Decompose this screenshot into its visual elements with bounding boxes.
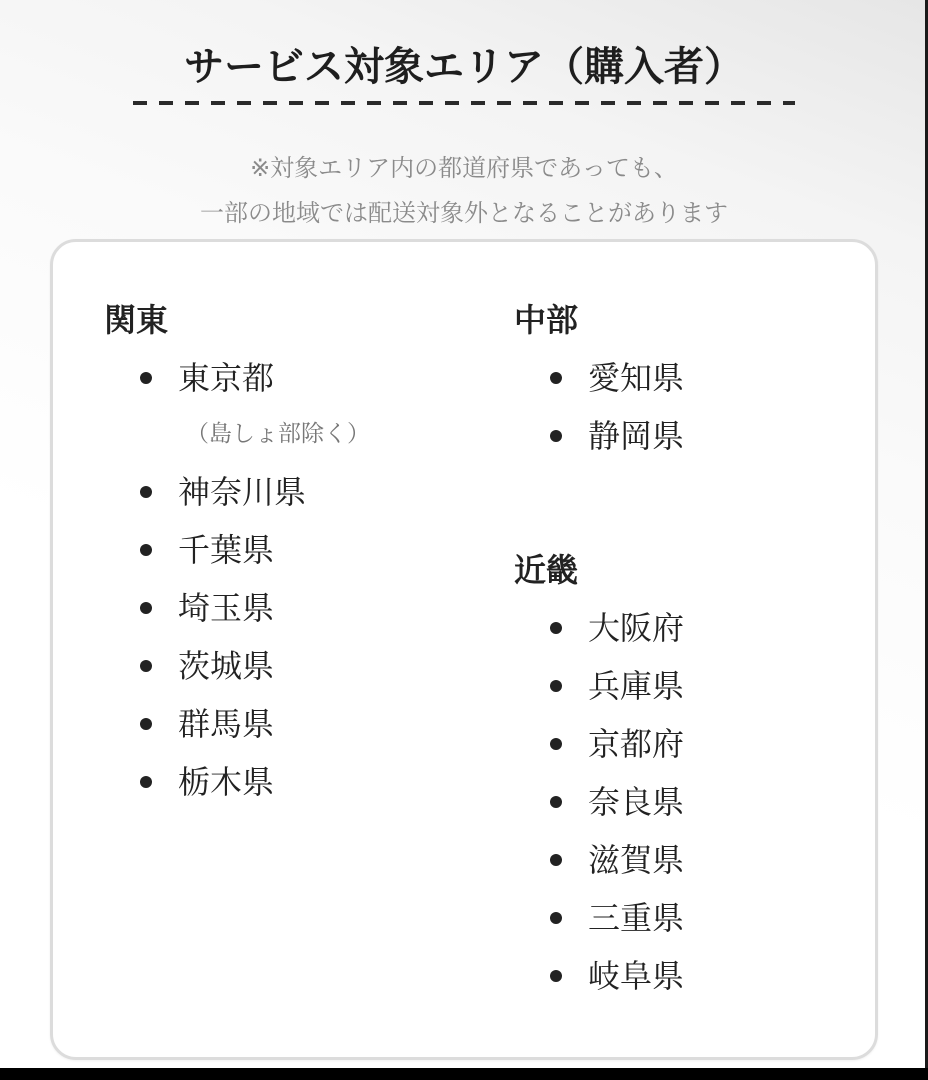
- region-heading-kanto: 関東: [104, 300, 370, 340]
- prefecture-name: 愛知県: [588, 359, 684, 397]
- prefecture-name: 滋賀県: [588, 841, 684, 879]
- page: サービス対象エリア（購入者） ※対象エリア内の都道府県であっても、 一部の地域で…: [0, 0, 925, 1068]
- list-item: 埼玉県: [104, 579, 370, 637]
- prefecture-note: （島しょ部除く）: [104, 405, 370, 463]
- prefecture-name: 栃木県: [178, 763, 274, 801]
- prefecture-name: 岐阜県: [588, 957, 684, 995]
- notice-text: ※対象エリア内の都道府県であっても、 一部の地域では配送対象外となることがありま…: [0, 146, 925, 236]
- bullet-icon: [140, 718, 152, 730]
- bullet-icon: [550, 854, 562, 866]
- bullet-icon: [550, 796, 562, 808]
- prefecture-name: 三重県: [588, 899, 684, 937]
- region-kinki: 近畿 大阪府 兵庫県 京都府 奈良県: [514, 550, 684, 1005]
- bullet-icon: [550, 680, 562, 692]
- bullet-icon: [140, 372, 152, 384]
- bullet-icon: [140, 544, 152, 556]
- notice-line-1: ※対象エリア内の都道府県であっても、: [0, 146, 925, 191]
- prefecture-name: 群馬県: [178, 705, 274, 743]
- list-item: 静岡県: [514, 407, 684, 465]
- prefecture-name: 東京都: [178, 359, 274, 397]
- bullet-icon: [140, 660, 152, 672]
- list-item: 京都府: [514, 715, 684, 773]
- region-chubu: 中部 愛知県 静岡県: [514, 300, 684, 465]
- bullet-icon: [140, 602, 152, 614]
- bullet-icon: [140, 486, 152, 498]
- bullet-icon: [140, 776, 152, 788]
- prefecture-list-kinki: 大阪府 兵庫県 京都府 奈良県 滋賀県: [514, 599, 684, 1005]
- list-item: 愛知県: [514, 349, 684, 407]
- prefecture-name: 兵庫県: [588, 667, 684, 705]
- prefecture-list-kanto: 東京都 （島しょ部除く） 神奈川県 千葉県 埼玉県 茨城県: [104, 349, 370, 811]
- prefecture-name: 茨城県: [178, 647, 274, 685]
- bullet-icon: [550, 970, 562, 982]
- prefecture-name: 奈良県: [588, 783, 684, 821]
- prefecture-name: 埼玉県: [178, 589, 274, 627]
- list-item: 滋賀県: [514, 831, 684, 889]
- list-item: 群馬県: [104, 695, 370, 753]
- list-item: 大阪府: [514, 599, 684, 657]
- region-heading-chubu: 中部: [514, 300, 684, 340]
- list-item: 神奈川県: [104, 463, 370, 521]
- prefecture-name: 京都府: [588, 725, 684, 763]
- region-heading-kinki: 近畿: [514, 550, 684, 590]
- bullet-icon: [550, 372, 562, 384]
- list-item: 茨城県: [104, 637, 370, 695]
- region-kanto: 関東 東京都 （島しょ部除く） 神奈川県 千葉県 埼玉県: [104, 300, 370, 811]
- bullet-icon: [550, 912, 562, 924]
- list-item: 千葉県: [104, 521, 370, 579]
- list-item: 奈良県: [514, 773, 684, 831]
- page-title: サービス対象エリア（購入者）: [0, 39, 925, 95]
- prefecture-list-chubu: 愛知県 静岡県: [514, 349, 684, 465]
- list-item: 岐阜県: [514, 947, 684, 1005]
- bullet-icon: [550, 622, 562, 634]
- list-item: 兵庫県: [514, 657, 684, 715]
- prefecture-name: 千葉県: [178, 531, 274, 569]
- bullet-icon: [550, 738, 562, 750]
- prefecture-name: 静岡県: [588, 417, 684, 455]
- notice-line-2: 一部の地域では配送対象外となることがあります: [0, 191, 925, 236]
- prefecture-name: 大阪府: [588, 609, 684, 647]
- bullet-icon: [550, 430, 562, 442]
- list-item: 三重県: [514, 889, 684, 947]
- prefecture-name: 神奈川県: [178, 473, 306, 511]
- service-area-card: 関東 東京都 （島しょ部除く） 神奈川県 千葉県 埼玉県: [50, 239, 878, 1060]
- dashed-divider: [133, 101, 795, 105]
- list-item: 栃木県: [104, 753, 370, 811]
- list-item: 東京都: [104, 349, 370, 407]
